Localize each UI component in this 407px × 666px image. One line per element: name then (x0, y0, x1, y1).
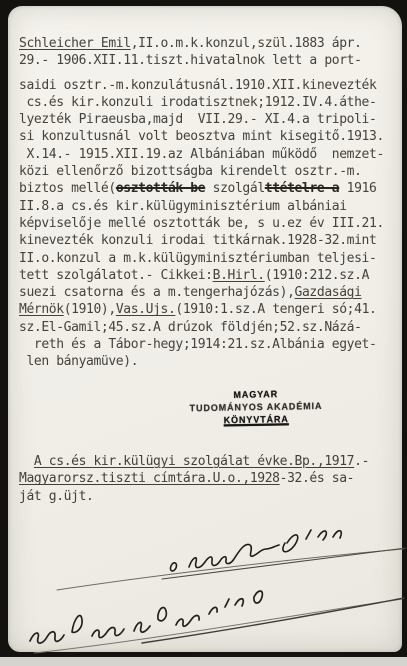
typed-text: ,II.o.m.k.konzul,szül.1883 ápr. (131, 36, 362, 51)
typed-text: közi ellenőrző bizottságba kirendelt osz… (19, 164, 362, 179)
struck-text: ttételre a (265, 181, 339, 196)
typed-line: Schleicher Emil,II.o.m.k.konzul,szül.188… (19, 35, 398, 52)
underlined-text: Schleicher Emil (19, 36, 131, 51)
typed-line: si konzultusnál volt beosztva mint kiseg… (19, 128, 398, 145)
typed-text: (1910:1.sz.A tengeri só;41. (175, 302, 376, 317)
struck-text: osztották be (116, 181, 205, 196)
typed-line: közi ellenőrző bizottságba kirendelt osz… (19, 163, 398, 180)
library-stamp: MAGYAR TUDOMÁNYOS AKADÉMIA KÖNYVTÁRA (166, 387, 347, 428)
underlined-text: Magyarorsz.tiszti címtára.U.o.,1928 (19, 471, 280, 486)
typed-text: biztos mellé( (19, 181, 116, 196)
typed-text: len bányamüve). (19, 354, 138, 369)
typed-text: kinevezték konzuli irodai titkárnak.1928… (19, 233, 376, 248)
typed-text: 29.- 1906.XII.11.tiszt.hivatalnok lett a… (19, 53, 362, 68)
underlined-text: Gazdasági (295, 285, 362, 300)
typed-text: II.o.konzul a m.k.külügyminisztériumban … (19, 251, 376, 266)
typed-line: 29.- 1906.XII.11.tiszt.hivatalnok lett a… (19, 52, 398, 69)
typed-line: ját g.üjt. (19, 486, 369, 503)
typed-line: reth és a Tábor-hegy;1914:21.sz.Albánia … (19, 336, 398, 353)
typed-text-block: Schleicher Emil,II.o.m.k.konzul,szül.188… (19, 35, 398, 371)
typed-line: tett szolgálatot.- Cikkei:B.Hirl.(1910:2… (19, 267, 398, 284)
typed-line: Mérnök(1910),Vas.Ujs.(1910:1.sz.A tenger… (19, 301, 398, 318)
typed-text: sz.El-Gamil;45.sz.A drúzok földjén;52.sz… (19, 320, 362, 335)
typed-line: len bányamüve). (19, 353, 398, 370)
typed-line: saidi osztr.-m.konzulátusnál.1910.XII.ki… (19, 77, 398, 94)
typed-text: ját g.üjt. (19, 489, 93, 504)
typed-line: kinevezték konzuli irodai titkárnak.1928… (19, 232, 398, 249)
underlined-text: Vas.Ujs. (116, 302, 176, 317)
typed-text: saidi osztr.-m.konzulátusnál.1910.XII.ki… (19, 78, 376, 93)
scan-edge-strip (0, 657, 407, 666)
typed-text: (1910:212.sz.A (265, 268, 369, 283)
typed-line: A cs.és kir.külügyi szolgálat évke.Bp.,1… (19, 451, 369, 468)
typed-line: Magyarorsz.tiszti címtára.U.o.,1928-32.é… (19, 468, 369, 485)
typed-text: szolgál (205, 181, 265, 196)
typed-line: X.14.- 1915.XII.19.az Albániában működő … (19, 146, 398, 163)
typed-text (19, 454, 34, 469)
typed-text: suezi csatorna és a m.tengerhajózás), (19, 285, 295, 300)
typed-text: lyezték Piraeusba,majd VII.29.- XI.4.a t… (19, 112, 376, 127)
typed-line: biztos mellé(osztották be szolgálttételr… (19, 180, 398, 197)
typed-text: .- (354, 454, 369, 469)
typed-text: 1916 (339, 181, 376, 196)
scanned-card-page: { "colors": { "paper": "#f1efe8", "typew… (0, 0, 407, 666)
typed-text: (1910), (64, 302, 116, 317)
typed-text: si konzultusnál volt beosztva mint kiseg… (19, 129, 384, 144)
typed-text: X.14.- 1915.XII.19.az Albániában működő … (19, 147, 384, 162)
typed-line: sz.El-Gamil;45.sz.A drúzok földjén;52.sz… (19, 319, 398, 336)
underlined-text: Mérnök (19, 302, 64, 317)
typed-line: II.8.a cs.és kir.külügyminisztérium albá… (19, 198, 398, 215)
bibliography-block: A cs.és kir.külügyi szolgálat évke.Bp.,1… (19, 451, 369, 503)
typed-line: lyezték Piraeusba,majd VII.29.- XI.4.a t… (19, 111, 398, 128)
typed-text: cs.és kir.konzuli irodatisztnek;1912.IV.… (19, 95, 376, 110)
underlined-text: A cs.és kir.külügyi szolgálat évke.Bp.,1… (34, 454, 354, 469)
underlined-text: B.Hirl. (213, 268, 265, 283)
typed-text: tett szolgálatot.- Cikkei: (19, 268, 213, 283)
typed-text: reth és a Tábor-hegy;1914:21.sz.Albánia … (19, 337, 376, 352)
typed-text: -32.és sa- (280, 471, 354, 486)
index-card: Schleicher Emil,II.o.m.k.konzul,szül.188… (8, 6, 402, 652)
typed-text: II.8.a cs.és kir.külügyminisztérium albá… (19, 199, 347, 214)
typed-text: képviselője mellé osztották be, s u.ez é… (19, 216, 384, 231)
typed-line: cs.és kir.konzuli irodatisztnek;1912.IV.… (19, 94, 398, 111)
typed-line: II.o.konzul a m.k.külügyminisztériumban … (19, 250, 398, 267)
typed-line: suezi csatorna és a m.tengerhajózás),Gaz… (19, 284, 398, 301)
typed-line: képviselője mellé osztották be, s u.ez é… (19, 215, 398, 232)
